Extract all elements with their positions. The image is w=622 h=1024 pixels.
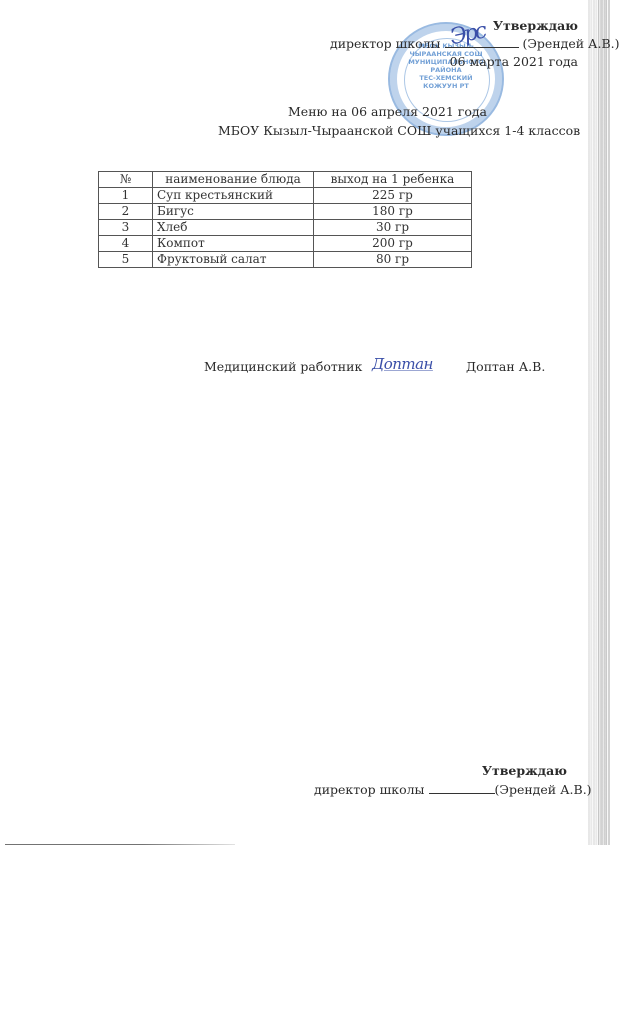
row-num: 5 <box>99 252 153 268</box>
menu-table: № наименование блюда выход на 1 ребенка … <box>98 171 472 268</box>
header-num: № <box>99 172 153 188</box>
row-portion: 225 гр <box>314 188 472 204</box>
table-row: 1 Суп крестьянский 225 гр <box>99 188 472 204</box>
row-dish: Компот <box>153 236 314 252</box>
row-dish: Бигус <box>153 204 314 220</box>
scan-edge-artifact-inner <box>598 0 610 845</box>
director-label: директор школы <box>330 36 441 51</box>
table-header-row: № наименование блюда выход на 1 ребенка <box>99 172 472 188</box>
document-page: МБОУ КЫЗЫЛ- ЧЫРААНСКАЯ СОШ МУНИЦИПАЛЬНОГ… <box>0 0 622 1024</box>
row-portion: 30 гр <box>314 220 472 236</box>
school-title: МБОУ Кызыл-Чыраанской СОШ учащихся 1-4 к… <box>218 123 580 138</box>
director-name: (Эрендей А.В.) <box>522 36 619 51</box>
page-cut-line <box>5 844 235 845</box>
row-portion: 180 гр <box>314 204 472 220</box>
approval-date: 06 марта 2021 года <box>450 54 578 69</box>
medical-signature: Доптан <box>372 355 433 373</box>
header-portion: выход на 1 ребенка <box>314 172 472 188</box>
stamp-line: ТЕС-ХЕМСКИЙ <box>390 74 502 82</box>
director-label: директор школы <box>314 782 425 797</box>
signature-line <box>429 781 495 794</box>
medical-worker-name: Доптан А.В. <box>466 359 545 374</box>
table-row: 4 Компот 200 гр <box>99 236 472 252</box>
header-dish: наименование блюда <box>153 172 314 188</box>
medical-worker-label: Медицинский работник <box>204 359 362 374</box>
approval-heading-bottom: Утверждаю <box>482 763 567 778</box>
row-portion: 200 гр <box>314 236 472 252</box>
table-row: 5 Фруктовый салат 80 гр <box>99 252 472 268</box>
row-dish: Суп крестьянский <box>153 188 314 204</box>
row-num: 2 <box>99 204 153 220</box>
stamp-line: КОЖУУН РТ <box>390 82 502 90</box>
table-row: 3 Хлеб 30 гр <box>99 220 472 236</box>
row-dish: Хлеб <box>153 220 314 236</box>
approval-position-bottom: директор школы (Эрендей А.В.) <box>314 781 592 797</box>
director-name: (Эрендей А.В.) <box>495 782 592 797</box>
approval-heading-top: Утверждаю <box>493 18 578 33</box>
row-num: 3 <box>99 220 153 236</box>
table-row: 2 Бигус 180 гр <box>99 204 472 220</box>
row-num: 4 <box>99 236 153 252</box>
row-num: 1 <box>99 188 153 204</box>
menu-date-title: Меню на 06 апреля 2021 года <box>288 104 487 119</box>
row-dish: Фруктовый салат <box>153 252 314 268</box>
row-portion: 80 гр <box>314 252 472 268</box>
